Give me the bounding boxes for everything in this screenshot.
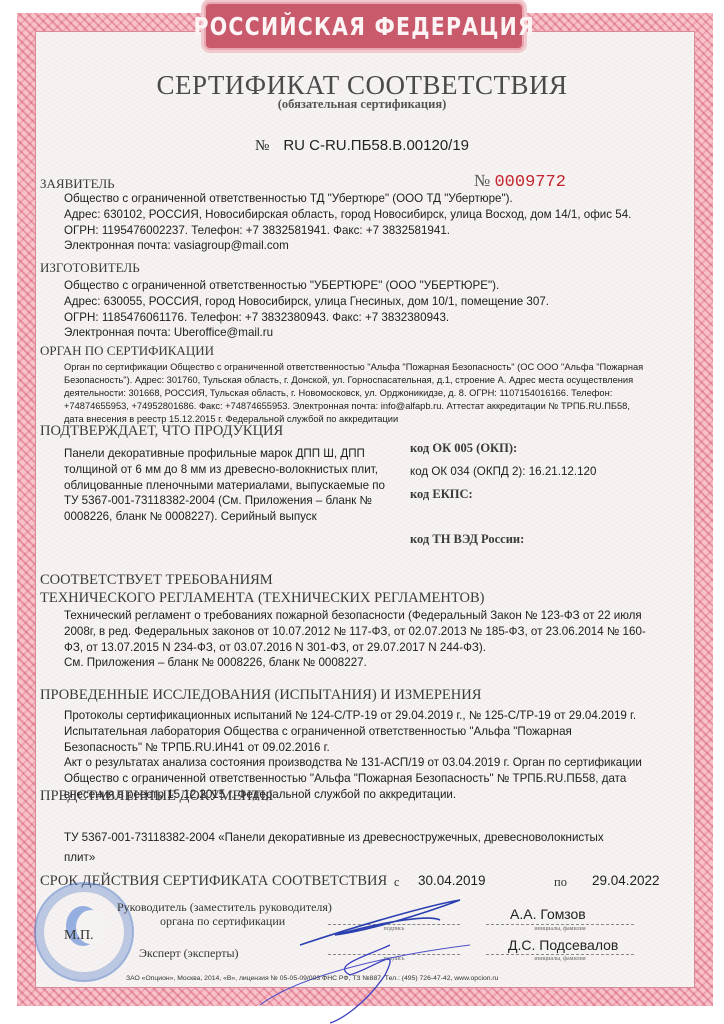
country-banner: РОССИЙСКАЯ ФЕДЕРАЦИЯ	[204, 2, 524, 50]
code-ok005: код ОК 005 (ОКП):	[410, 441, 517, 456]
validity-from-date: 30.04.2019	[418, 873, 486, 888]
tests-line: Испытательная лаборатория Общества с огр…	[64, 724, 642, 740]
documents-line: плит»	[64, 848, 604, 868]
validity-to-label: по	[554, 875, 567, 890]
certification-body-line: Орган по сертификации Общество с огранич…	[64, 361, 643, 374]
documents-heading: ПРЕДСТАВЛЕННЫЕ ДОКУМЕНТЫ	[40, 788, 273, 805]
applicant-line: Общество с ограниченной ответственностью…	[64, 191, 631, 207]
product-line: толщиной от 6 мм до 8 мм из древесно-вол…	[64, 462, 385, 478]
certification-body-details: Орган по сертификации Общество с огранич…	[64, 361, 643, 426]
handwritten-signatures	[240, 895, 480, 1024]
certification-body-heading: ОРГАН ПО СЕРТИФИКАЦИИ	[40, 343, 214, 359]
certification-body-line: +74874655953, +74952801686. Факс: +74874…	[64, 400, 643, 413]
certification-body-line: Безопасность"). Адрес: 301760, Тульская …	[64, 374, 643, 387]
applicant-line: Электронная почта: vasiagroup@mail.com	[64, 238, 631, 254]
applicant-heading: ЗАЯВИТЕЛЬ	[40, 176, 115, 192]
product-line: 0008226, бланк № 0008227). Серийный выпу…	[64, 509, 385, 525]
applicant-line: Адрес: 630102, РОССИЯ, Новосибирская обл…	[64, 207, 631, 223]
head-name-caption: инициалы, фамилия	[486, 926, 634, 932]
product-line: облицованные пленочными материалами, вып…	[64, 478, 385, 494]
tests-line: Акт о результатах анализа состояния прои…	[64, 755, 642, 771]
document-subtitle: (обязательная сертификация)	[0, 97, 724, 112]
number-sign: №	[255, 138, 269, 154]
product-line: ТУ 5367-001-73118382-2004 (См. Приложени…	[64, 493, 385, 509]
blank-number-sign: №	[474, 171, 490, 190]
manufacturer-line: Адрес: 630055, РОССИЯ, город Новосибирск…	[64, 294, 549, 310]
blank-number: № 0009772	[474, 171, 566, 192]
certificate-number-value: RU C-RU.ПБ58.В.00120/19	[283, 137, 469, 154]
documents-line: ТУ 5367-001-73118382-2004 «Панели декора…	[64, 828, 604, 848]
requirements-line: Технический регламент о требованиях пожа…	[64, 608, 646, 624]
requirements-details: Технический регламент о требованиях пожа…	[64, 608, 646, 671]
documents-details: ТУ 5367-001-73118382-2004 «Панели декора…	[64, 828, 604, 868]
manufacturer-heading: ИЗГОТОВИТЕЛЬ	[40, 260, 140, 276]
applicant-details: Общество с ограниченной ответственностью…	[64, 191, 631, 254]
requirements-heading: СООТВЕТСТВУЕТ ТРЕБОВАНИЯМ	[40, 572, 273, 589]
blank-number-value: 0009772	[494, 173, 565, 192]
tests-line: Безопасность" № ТРПБ.RU.ИН41 от 09.02.20…	[64, 740, 642, 756]
head-signatory-name: А.А. Гомзов	[510, 906, 586, 922]
head-name-line	[486, 924, 634, 925]
code-tnved: код ТН ВЭД России:	[410, 532, 524, 547]
applicant-line: ОГРН: 1195476002237. Телефон: +7 3832581…	[64, 223, 631, 239]
product-line: Панели декоративные профильные марок ДПП…	[64, 446, 385, 462]
manufacturer-details: Общество с ограниченной ответственностью…	[64, 278, 549, 341]
tests-line: Протоколы сертификационных испытаний № 1…	[64, 708, 642, 724]
expert-name: Д.С. Подсевалов	[508, 937, 618, 953]
requirements-line: ФЗ, от 13.07.2015 N 234-ФЗ, от 03.07.201…	[64, 640, 646, 656]
expert-name-caption: инициалы, фамилия	[486, 956, 634, 962]
tests-line: Общество с ограниченной ответственностью…	[64, 771, 642, 787]
requirements-line: 2008г, в ред. Федеральных законов от 10.…	[64, 624, 646, 640]
certificate-number: №RU C-RU.ПБ58.В.00120/19	[255, 137, 469, 155]
requirements-line: См. Приложения – бланк № 0008226, бланк …	[64, 655, 646, 671]
printer-info: ЗАО «Опцион», Москва, 2014, «В», лицензи…	[126, 975, 498, 982]
product-heading: ПОДТВЕРЖДАЕТ, ЧТО ПРОДУКЦИЯ	[40, 423, 283, 440]
technical-regulations-heading: ТЕХНИЧЕСКОГО РЕГЛАМЕНТА (ТЕХНИЧЕСКИХ РЕГ…	[40, 590, 484, 607]
expert-label: Эксперт (эксперты)	[139, 946, 239, 961]
expert-name-line	[486, 954, 634, 955]
product-description: Панели декоративные профильные марок ДПП…	[64, 446, 385, 525]
validity-to-date: 29.04.2022	[592, 873, 660, 888]
stamp-place-label: М.П.	[64, 928, 94, 944]
banner-text: РОССИЙСКАЯ ФЕДЕРАЦИЯ	[193, 12, 534, 41]
validity-from-label: с	[394, 875, 400, 890]
code-ok034: код ОК 034 (ОКПД 2): 16.21.12.120	[410, 465, 596, 478]
tests-heading: ПРОВЕДЕННЫЕ ИССЛЕДОВАНИЯ (ИСПЫТАНИЯ) И И…	[40, 687, 481, 704]
manufacturer-line: Электронная почта: Uberoffice@mail.ru	[64, 325, 549, 341]
certification-body-line: деятельности: 301668, РОССИЯ, Тульская о…	[64, 387, 643, 400]
manufacturer-line: ОГРН: 1185476061176. Телефон: +7 3832380…	[64, 310, 549, 326]
code-ekps: код ЕКПС:	[410, 487, 473, 502]
manufacturer-line: Общество с ограниченной ответственностью…	[64, 278, 549, 294]
